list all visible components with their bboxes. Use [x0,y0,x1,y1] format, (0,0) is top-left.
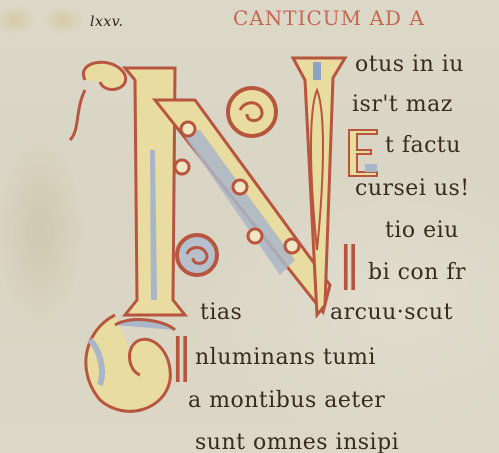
text-line-10: a montibus aeter [188,388,385,413]
text-line-11: sunt omnes insipi [195,430,399,453]
rubric-heading: CANTICUM AD A [233,6,425,30]
text-line-7: tias [200,300,242,325]
text-line-5: tio eiu [385,218,459,243]
text-line-1: otus in iu [355,52,464,77]
text-line-8: arcuu·scut [330,300,453,325]
text-line-4: cursei us! [355,176,470,201]
initial-i-lower: ‖ [170,332,193,378]
folio-number: lxxv. [90,14,123,30]
text-line-3: t factu [385,133,461,158]
text-line-6: bi con fr [368,260,466,285]
text-line-2: isr't maz [352,92,453,117]
text-line-9: nluminans tumi [195,345,376,370]
initial-i-upper: ‖ [338,240,361,286]
decorated-initial-e-icon [345,128,381,178]
